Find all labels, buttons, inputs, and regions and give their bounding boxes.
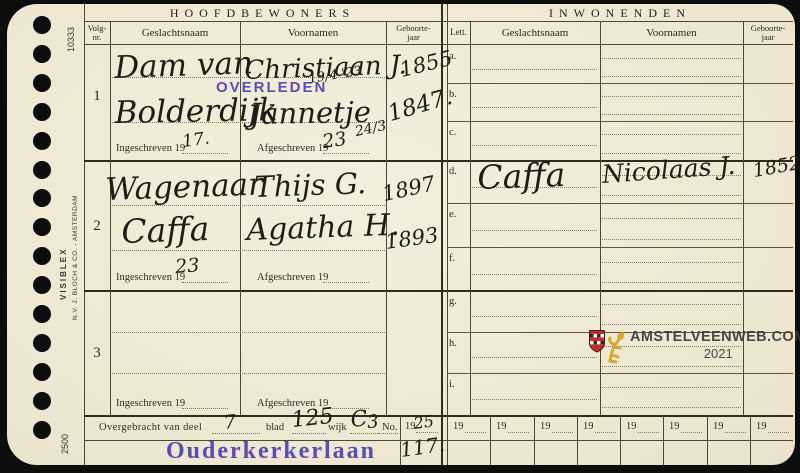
punch-hole [33,421,51,439]
ingeschreven-label-1: Ingeschreven 19 [116,143,185,154]
write-line [552,432,573,433]
lett-label: i. [449,379,455,390]
row-boundary [447,203,793,204]
grid-line [84,290,793,292]
write-line [602,58,741,59]
grid-line [110,21,111,415]
grid-line [84,44,793,45]
hw-wijk: C [349,406,368,433]
write-line [472,145,597,146]
punch-hole [33,189,51,207]
hw-voornamen-2a: Thijs G. [254,166,367,204]
lett-label: g. [449,296,457,307]
lett-label: b. [449,89,457,100]
year-cell-prefix: 19 [756,421,767,432]
wijk-label: wijk [328,422,347,433]
write-line [323,153,369,154]
write-line [602,239,741,240]
write-line [472,230,597,231]
write-line [292,433,326,434]
grid-line [577,415,578,465]
brand-visiblex: VISIBLEX [59,230,68,300]
write-line [472,357,597,358]
hw-voornamen-2b: Agatha H. [246,208,400,248]
grid-line [84,415,793,417]
lett-label: f. [449,253,455,264]
punch-hole [33,45,51,63]
afgeschreven-label-1: Afgeschreven 19 [257,143,328,154]
write-line [602,366,741,367]
write-line [602,218,741,219]
ingeschreven-label-3: Ingeschreven 19 [116,398,185,409]
write-line [350,433,378,434]
lett-label: c. [449,127,456,138]
write-line [472,107,597,108]
grid-line [84,21,793,22]
write-line [472,69,597,70]
year-cell-prefix: 19 [496,421,507,432]
write-line [602,324,741,325]
hw-ingeschreven-2: 23 [174,254,200,278]
write-line [323,282,369,283]
colheader-volgnr-line2: nr. [93,32,102,42]
write-line [602,114,741,115]
hw-deel: 7 [223,411,237,434]
write-line [602,96,741,97]
write-line [472,274,597,275]
punch-hole [33,132,51,150]
lett-label: e. [449,209,456,220]
grid-line [707,415,708,465]
hw-geslachtsnaam-2b: Caffa [121,209,210,251]
write-line [725,432,746,433]
hw-geslachtsnaam-2a: Wagenaar [105,167,264,208]
section-title-inwonenden: INWONENDEN [447,6,793,21]
serial-number-bottom: 2500 [60,416,70,454]
punch-hole [33,392,51,410]
write-line [768,432,789,433]
year-cell-prefix: 19 [713,421,724,432]
coat-of-arms-icon [588,329,626,365]
blad-label: blad [266,422,284,433]
write-line [112,250,385,251]
write-line [602,387,741,388]
watermark-year: 2021 [630,346,800,361]
write-line [472,399,597,400]
colheader-geboortejaar-left: Geboorte- jaar [386,24,441,42]
write-line [595,432,616,433]
punch-hole [33,103,51,121]
hw-inwonende-d-naam: Caffa [477,155,566,197]
serial-number-top: 10333 [66,8,76,52]
row-boundary [447,83,793,84]
grid-line [663,415,664,465]
grid-line [534,415,535,465]
row-boundary [447,247,793,248]
write-line [602,76,741,77]
volgnr-1: 1 [90,88,104,105]
punch-hole [33,334,51,352]
watermark: AMSTELVEENWEB.COM 2021 [588,329,800,365]
lett-label: h. [449,338,457,349]
write-line [681,432,702,433]
watermark-site: AMSTELVEENWEB.COM [630,329,800,345]
write-line [602,407,741,408]
volgnr-3: 3 [90,345,104,362]
write-line [602,195,741,196]
write-line [472,316,597,317]
lett-label: d. [449,166,457,177]
write-line [465,432,486,433]
year-cell-prefix: 19 [540,421,551,432]
year-cell-prefix: 19 [583,421,594,432]
colheader-geboortejaar-right: Geboorte- jaar [743,24,793,42]
write-line [182,282,228,283]
lion-head [617,333,624,340]
write-line [378,433,398,434]
lett-label: a. [449,51,456,62]
watermark-text: AMSTELVEENWEB.COM 2021 [630,329,800,361]
register-card-scan: 10333 VISIBLEX N.V. J. BLOCH & CO. - AMS… [0,0,800,473]
colheader-geslachtsnaam-right: Geslachtsnaam [470,27,600,39]
overgebracht-label: Overgebracht van deel [99,422,202,433]
hw-ingeschreven-1: 17. [181,128,211,152]
colheader-lett: Lett. [447,28,470,37]
row-boundary [447,373,793,374]
punch-hole [33,16,51,34]
colheader-geboorte-line2: jaar [407,32,420,42]
volgnr-2: 2 [90,218,104,235]
punch-hole [33,74,51,92]
punch-hole [33,363,51,381]
write-line [508,432,529,433]
colheader-voornamen-right: Voornamen [600,27,743,39]
write-line [112,373,385,374]
colheader-geslachtsnaam-left: Geslachtsnaam [110,27,240,39]
colheader-geboorte-line2: jaar [762,32,775,42]
colheader-volgnr: Volg- nr. [84,24,110,42]
grid-line [490,415,491,465]
grid-line [750,415,751,465]
write-line [112,332,385,333]
year-cell-prefix: 19 [669,421,680,432]
year-cell-prefix: 19 [453,421,464,432]
write-line [182,408,228,409]
write-line [182,153,228,154]
write-line [602,134,741,135]
punch-hole [33,305,51,323]
section-title-hoofdbewoners: HOOFDBEWONERS [84,6,441,21]
hw-jaar: 25 [412,411,435,433]
punch-hole [33,247,51,265]
no-label: No. [382,422,397,433]
year-cell-prefix: 19 [626,421,637,432]
center-divider [447,4,448,465]
brand-printer: N.V. J. BLOCH & CO. - AMSTERDAM [72,198,79,320]
write-line [212,433,260,434]
write-line [602,282,741,283]
afgeschreven-label-2: Afgeschreven 19 [257,272,328,283]
hw-huisnr-volgnr: 3 [367,411,380,433]
hw-afgeschreven-1: 23 [321,128,348,153]
row-boundary [447,121,793,122]
write-line [638,432,659,433]
colheader-voornamen-left: Voornamen [240,27,386,39]
center-divider [441,4,443,465]
grid-line [84,4,85,465]
punch-hole [33,161,51,179]
grid-line [620,415,621,465]
punch-hole [33,218,51,236]
write-line [602,262,741,263]
grid-line [470,21,471,415]
punch-hole [33,276,51,294]
write-line [602,304,741,305]
street-stamp: Ouderkerkerlaan [166,438,376,465]
